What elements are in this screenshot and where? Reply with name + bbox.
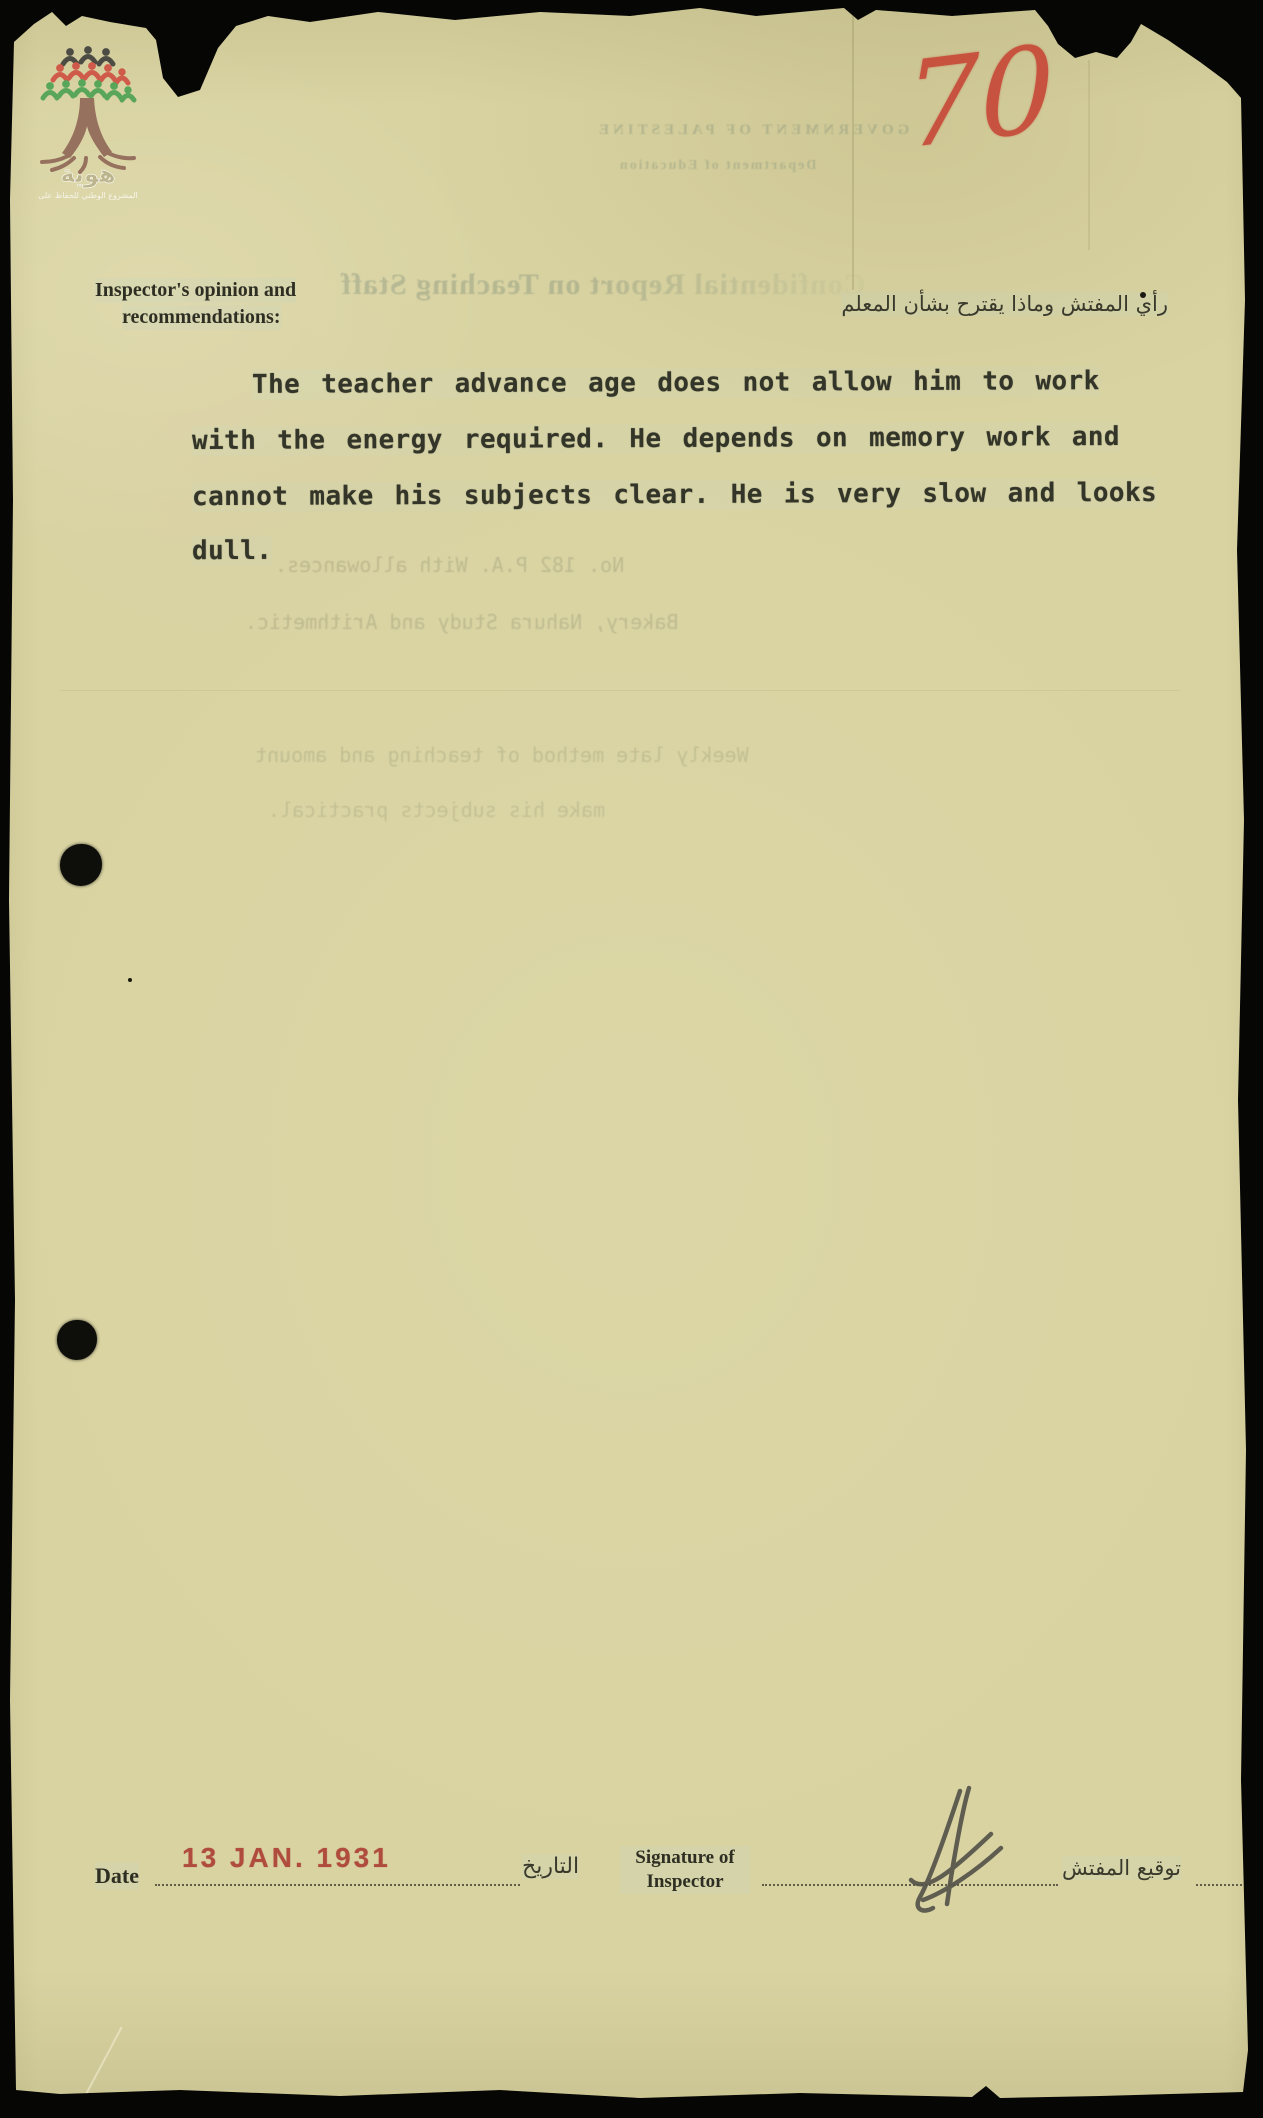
date-label: Date <box>95 1862 139 1890</box>
logo-title-text: هوية <box>60 160 115 188</box>
bleed-through-line: Bakery, Nahura Study and Arithmetic. <box>245 610 678 634</box>
logo-subtitle: المشروع الوطني للحفاظ على <box>38 191 138 200</box>
surface-scratch <box>79 2027 122 2106</box>
ink-speck <box>1140 292 1146 298</box>
date-line <box>155 1884 520 1886</box>
signature-label: Signature of Inspector <box>620 1846 750 1894</box>
paper-crease <box>852 10 854 290</box>
opinion-label-line1: Inspector's opinion and <box>95 278 296 303</box>
corner-watermark-text: المشروع الوطني للحفاظ على جذور العائلة ا… <box>88 0 218 23</box>
date-stamp: 13 JAN. 1931 <box>182 1842 391 1874</box>
bleed-through-line: Weekly late method of teaching and amoun… <box>255 743 749 767</box>
signature-scrawl-icon <box>893 1776 1025 1918</box>
bleed-through-line: No. 182 P.A. With allowances. <box>275 553 624 577</box>
ink-speck <box>128 978 132 982</box>
inspector-signature <box>893 1776 1025 1918</box>
bleed-through-line: Department of Education <box>618 158 816 174</box>
paper-crease <box>1088 60 1090 250</box>
opinion-text-line: cannot make his subjects clear. He is ve… <box>192 478 1157 512</box>
paper-crease <box>60 690 1180 691</box>
punch-hole <box>60 844 102 886</box>
folio-number: 70 <box>904 18 1055 175</box>
paper-sheet: المشروع الوطني للحفاظ على جذور العائلة ا… <box>0 0 1263 2118</box>
scanned-document: المشروع الوطني للحفاظ على جذور العائلة ا… <box>0 0 1263 2118</box>
bleed-through-line: make his subjects practical. <box>268 798 605 822</box>
bleed-through-title: Confidential Report on Teaching Staff <box>340 268 865 302</box>
logo-title: هوية <box>60 160 115 188</box>
punch-hole <box>57 1320 97 1360</box>
opinion-text-line: dull. <box>192 536 272 566</box>
signature-line-tail <box>1196 1884 1246 1886</box>
people-tree-icon: هوية المشروع الوطني للحفاظ على <box>34 40 142 202</box>
tree-trunk <box>62 98 112 158</box>
date-label-arabic: التاريخ <box>522 1854 579 1879</box>
opinion-label-line2: recommendations: <box>122 305 281 330</box>
bleed-through-line: GOVERNMENT OF PALESTINE <box>595 122 909 139</box>
opinion-label-arabic: رأي المفتش وماذا يقترح بشأن المعلم <box>841 292 1168 316</box>
archive-watermark-logo: هوية المشروع الوطني للحفاظ على <box>34 40 142 202</box>
signature-label-line2: Inspector <box>620 1870 750 1894</box>
signature-label-arabic: توقيع المفتش <box>1062 1856 1181 1880</box>
signature-label-line1: Signature of <box>620 1846 750 1870</box>
opinion-text-line: The teacher advance age does not allow h… <box>252 366 1100 400</box>
opinion-text-line: with the energy required. He depends on … <box>192 422 1120 456</box>
